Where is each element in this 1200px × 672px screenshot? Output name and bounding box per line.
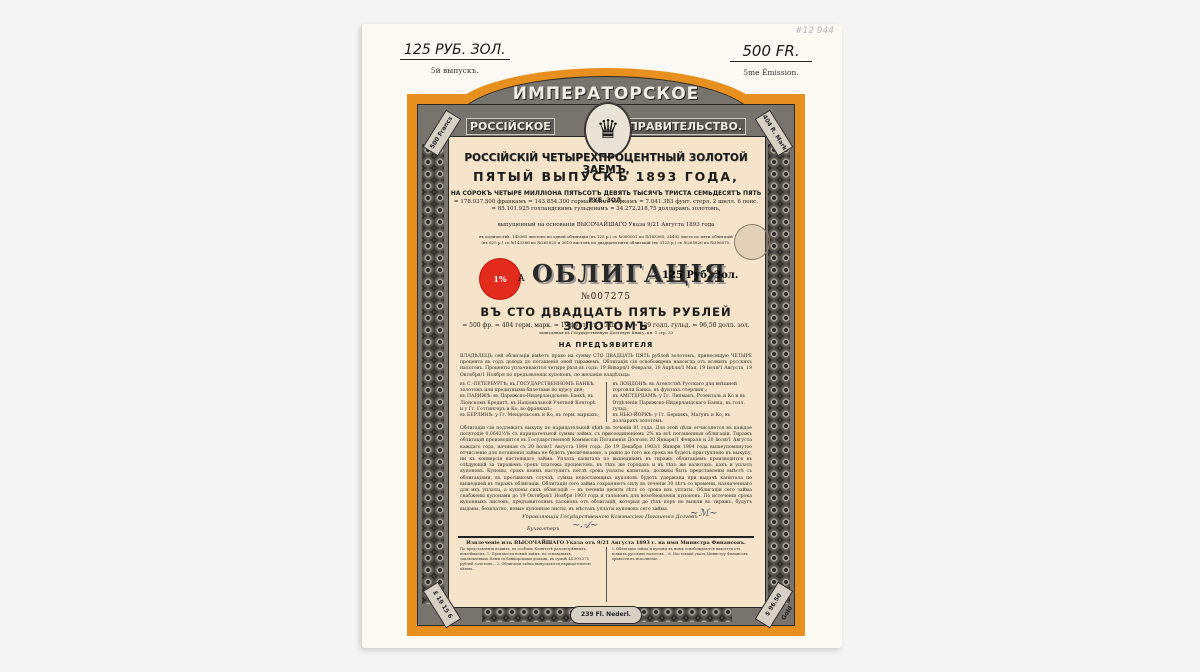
payment-place: въ С.-ПЕТЕРБУРГѢ: въ ГОСУДАРСТВЕННОМЪ БА… <box>460 382 600 394</box>
bond-series-letter: A <box>518 274 525 284</box>
embossed-stamp <box>734 224 770 260</box>
corner-issue-fr: 5me Émission. <box>730 68 812 77</box>
header-arch-title: ИМПЕРАТОРСКОЕ <box>482 84 730 104</box>
left-ornament <box>422 144 444 604</box>
decree-line: выпущенный на основаніи ВЫСОЧАЙШАГО Указ… <box>450 222 762 229</box>
corner-denomination-left: 125 РУБ. ЗОЛ. 5й выпускъ. <box>400 42 510 75</box>
extract-left-column: По представленіи нашихъ, въ особомъ Коми… <box>460 547 601 602</box>
payment-place: въ БЕРЛИНѢ: у Гг. Мендельсонъ и Ко, въ г… <box>460 413 600 419</box>
bond-denomination: 125 Руб. Зол. <box>662 270 738 281</box>
right-ornament <box>768 144 790 604</box>
header-band-left: РОССІЙСКОЕ <box>466 118 555 135</box>
quantity-lines: въ количествѣ: 143365 листовъ по одной о… <box>450 234 762 246</box>
column-divider <box>606 547 607 602</box>
decree-extract: По представленіи нашихъ, въ особомъ Коми… <box>460 547 752 602</box>
payment-places-left: въ С.-ПЕТЕРБУРГѢ: въ ГОСУДАРСТВЕННОМЪ БА… <box>460 382 600 422</box>
equiv-line-2: = 85.101.925 голландскимъ гульденамъ = 3… <box>450 206 762 213</box>
terms-paragraph-2: Облигаціи сіи подлежатъ выкупу по нарица… <box>460 426 752 513</box>
quantity-line-2: (въ 625 р.) съ №143366 по №265825 и 3610… <box>450 240 762 246</box>
equiv-line-1: = 178.037.500 франкамъ = 143.854.300 гер… <box>450 199 762 206</box>
section-rule <box>458 536 754 538</box>
loan-issue: ПЯТЫЙ ВЫПУСКЪ 1893 ГОДА, <box>450 169 762 184</box>
corner-value-fr: 500 FR. <box>730 42 812 62</box>
payment-places-right: въ ЛОНДОНѢ: въ Агентствѣ Русскаго для вн… <box>613 382 753 422</box>
payment-place: въ ЛОНДОНѢ: въ Агентствѣ Русскаго для вн… <box>613 382 753 394</box>
registry-line: записанная въ Государственную Долговую К… <box>450 330 762 335</box>
signatory-accountant: Бухгалтеръ <box>527 526 559 532</box>
inventory-mark: #12 944 <box>795 26 834 36</box>
signatory-director: Управляющій Государственною Коммиссіею П… <box>522 514 698 520</box>
bond-certificate: #12 944 125 РУБ. ЗОЛ. 5й выпускъ. 500 FR… <box>362 24 842 648</box>
cartouche-bottom-center: 239 Fl. Nederl. <box>570 606 642 624</box>
payment-place: въ НЬЮ-ЙОРКѢ: у Гг. Беринкъ, Магунъ и Ко… <box>613 413 753 425</box>
signature-accountant: ~𝒜~ <box>572 520 598 531</box>
payment-places: въ С.-ПЕТЕРБУРГѢ: въ ГОСУДАРСТВЕННОМЪ БА… <box>460 382 752 422</box>
payment-place: въ АМСТЕРДАМѢ: у Гг. Липманъ, Розенталь … <box>613 394 753 413</box>
signature-director: ~ℳ~ <box>690 508 717 519</box>
bond-number: №007275 <box>450 292 762 302</box>
payment-place: въ ПАРИЖѢ: въ Парижско-Нидерландскомъ Ба… <box>460 394 600 413</box>
corner-value-rub: 125 РУБ. ЗОЛ. <box>400 42 510 60</box>
terms-paragraph-1: ВЛАДѢЛЕЦЪ сей облигаціи имѣетъ право на … <box>460 354 752 379</box>
bearer-heading: НА ПРЕДЪЯВИТЕЛЯ <box>450 341 762 349</box>
extract-right-column: 5. Облигаціи займа и купоны къ нимъ осво… <box>612 547 753 602</box>
column-divider <box>606 382 607 422</box>
header-band-right: ПРАВИТЕЛЬСТВО. <box>625 118 746 135</box>
double-headed-eagle-icon: ♛ <box>584 102 632 158</box>
loan-equivalents: = 178.037.500 франкамъ = 143.854.300 гер… <box>450 199 762 213</box>
sum-equivalents: = 500 фр. = 404 герм. марк. = 19 фунт. с… <box>450 322 762 329</box>
corner-denomination-right: 500 FR. 5me Émission. <box>730 42 812 77</box>
corner-issue-ru: 5й выпускъ. <box>400 66 510 75</box>
extract-heading: Извлеченіе изъ ВЫСОЧАЙШАГО Указа отъ 9/2… <box>450 540 762 546</box>
